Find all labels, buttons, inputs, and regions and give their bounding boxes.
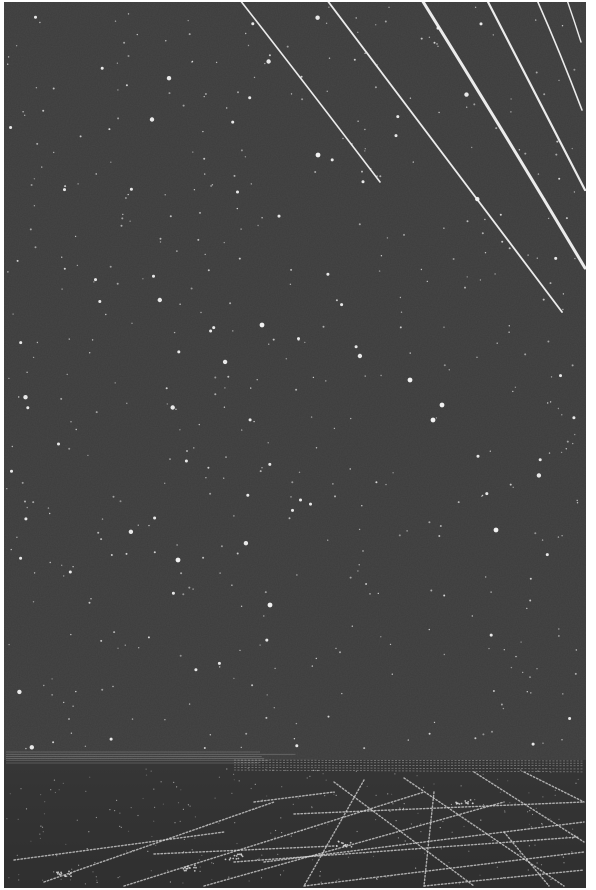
film-grain — [4, 2, 586, 888]
ground-area — [4, 760, 586, 888]
star-field-scene — [4, 2, 586, 888]
night-sky-photograph: Long-exposure black-and-white photograph… — [4, 2, 586, 888]
